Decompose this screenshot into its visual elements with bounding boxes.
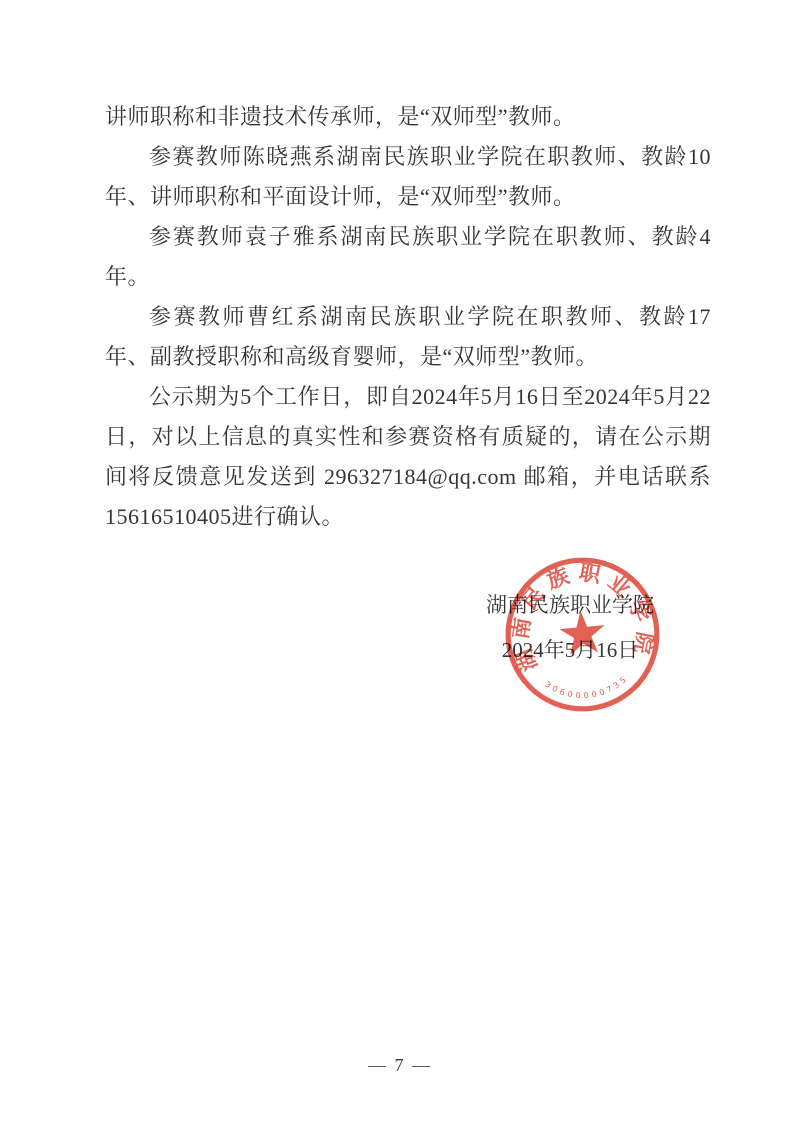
page-number: — 7 — — [0, 1052, 800, 1078]
paragraph-teacher-yuan-ziya: 参赛教师袁子雅系湖南民族职业学院在职教师、教龄4年。 — [105, 217, 711, 297]
signature-block: 湖南民族职业学院 2024年5月16日 — [445, 583, 695, 673]
paragraph-publicity-period: 公示期为5个工作日，即自2024年5月16日至2024年5月22日，对以上信息的… — [105, 377, 711, 537]
document-page: 讲师职称和非遗技术传承师，是“双师型”教师。 参赛教师陈晓燕系湖南民族职业学院在… — [0, 0, 800, 1131]
paragraph-teacher-cao-hong: 参赛教师曹红系湖南民族职业学院在职教师、教龄17年、副教授职称和高级育婴师，是“… — [105, 297, 711, 377]
signature-date: 2024年5月16日 — [445, 628, 695, 673]
notice-body: 讲师职称和非遗技术传承师，是“双师型”教师。 参赛教师陈晓燕系湖南民族职业学院在… — [105, 97, 711, 537]
signature-organization: 湖南民族职业学院 — [445, 583, 695, 628]
paragraph-continuation: 讲师职称和非遗技术传承师，是“双师型”教师。 — [105, 97, 711, 137]
paragraph-teacher-chen-xiaoyan: 参赛教师陈晓燕系湖南民族职业学院在职教师、教龄10年、讲师职称和平面设计师，是“… — [105, 137, 711, 217]
